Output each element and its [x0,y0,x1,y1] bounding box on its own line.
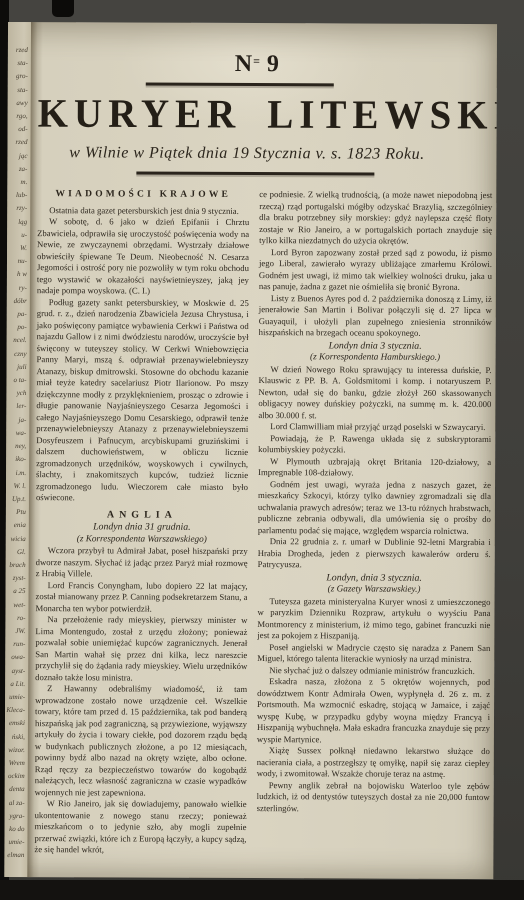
issue-mark: = [253,54,260,68]
margin-fragment: Ptu [6,506,29,519]
margin-fragment: ayst- [5,664,28,677]
margin-fragment: czny [7,348,30,361]
paragraph: W sobotę, d. 6 jako w dzień Epifanii i C… [37,216,249,297]
margin-fragment: awy [8,97,31,110]
article-source: (z Gazety Warszawskiey.) [258,583,491,596]
article-dateline: Londyn dnia 31 grudnia. [36,521,248,533]
margin-fragment: enia [6,519,29,532]
column-right: ce podniesie. Z wielką trudnością, (a mo… [256,189,492,858]
paragraph: Tuteysza gazeta ministeryalna Kuryer wno… [257,596,490,643]
paragraph-continuation: ce podniesie. Z wielką trudnością, (a mo… [259,189,492,248]
margin-fragment: ro- [5,612,28,625]
margin-fragment: rzed [8,44,31,57]
paragraph: Poseł angielski w Madrycie często się na… [257,642,490,666]
title-word-1: KURYER [38,91,242,137]
margin-fragment: W. [7,242,30,255]
paragraph: Nie słychać już o dalszey odmianie minis… [257,665,490,678]
margin-fragment: W. l. [6,480,29,493]
margin-fragment: ląg [7,216,30,229]
scan-bottom-band [0,880,524,900]
paragraph: Eskadra nasza, złożona z 5 okrętów wojen… [257,676,490,746]
country-header: ANGLIA [36,509,248,521]
margin-fragment: Kleca- [5,704,28,717]
paragraph: W Plymouth uzbrajają okręt Britania 120-… [258,456,491,480]
paragraph: Wczora przybył tu Admirał Jabat, poseł h… [36,545,248,580]
margin-fragment: ja- [6,414,29,427]
paragraph: Dnia 22 grudnia z. r. umarł w Dublinie 9… [258,536,491,572]
margin-fragment: ry- [7,282,30,295]
title-word-2: LITEWSKI [267,92,497,138]
margin-fragment: wicia [6,532,29,545]
article-dateline: Londyn dnia 3 stycznia. [259,340,492,353]
margin-fragment: po- [7,321,30,334]
margin-fragment: ney, [6,440,29,453]
margin-fragment: emski [5,717,28,730]
paragraph: Lord Clamwilliam miał przyjąć urząd pose… [258,421,491,434]
paragraph: Z Hawanny odebraliśmy wiadomość, iż tam … [35,683,247,799]
paragraph: Listy z Buenos Ayres pod d. 2 październi… [259,293,492,340]
margin-fragment: Up.t. [6,493,29,506]
margin-fragment: ko do [4,823,27,836]
column-left: WIADOMOŚCI KRAJOWEOstatnia data gazet pe… [34,188,249,856]
margin-fragment: ler- [6,400,29,413]
margin-fragment: za- [7,163,30,176]
margin-fragment: ygra- [5,810,28,823]
margin-fragment: run- [5,638,28,651]
margin-fragment: gro- [8,70,31,83]
newspaper-title: KURYERLITEWSKI [38,90,493,139]
margin-fragment: Gl. [6,546,29,559]
paragraph: W dzień Nowego Roku sprawujący tu intere… [258,364,491,423]
margin-fragment: u- [7,229,30,242]
margin-fragment: wet- [5,598,28,611]
section-header: WIADOMOŚCI KRAJOWE [37,189,249,201]
margin-fragment: sta- [8,57,31,70]
margin-fragment: umie- [4,836,27,849]
paragraph: Podług gazety sankt petersburskiey, w Mo… [36,297,249,505]
paragraph: Ostatnia data gazet petersburskich jest … [37,205,249,217]
margin-fragment: nu- [7,255,30,268]
margin-fragment: brach [6,559,29,572]
margin-fragment: i.m. [6,466,29,479]
margin-fragment: m. [7,176,30,189]
paragraph: W Rio Janeiro, jak się dowiadujemy, pano… [34,798,246,856]
issue-prefix: N [235,51,253,77]
margin-fragment: Wrem [5,757,28,770]
margin-fragment: rzy- [7,202,30,215]
margin-fragment: wizor. [5,744,28,757]
margin-fragment: dóbr [7,295,30,308]
margin-fragment: h w [7,268,30,281]
paragraph: Lord Francis Conyngham, lubo dopiero 22 … [35,580,247,615]
article-source: (z Korrespondenta Warszawskiego) [36,533,248,545]
margin-fragment: umie- [5,691,28,704]
margin-fragment: juli [7,361,30,374]
margin-fragment: pa- [7,308,30,321]
margin-fragment: lub- [7,189,30,202]
paragraph: Pewny anglik zebrał na bojowisku Waterlo… [257,780,490,816]
masthead-rule-top [145,83,333,87]
margin-fragment: ockim [5,770,28,783]
masthead-rule-bottom [136,172,374,176]
margin-fragment: a Lit. [5,678,28,691]
margin-fragment: ych [6,387,29,400]
paragraph: Xiążę Sussex połknął niedawno lekarstwo … [257,745,490,781]
margin-fragment: denta [5,783,28,796]
issue-number: N= 9 [30,50,485,79]
text-columns: WIADOMOŚCI KRAJOWEOstatnia data gazet pe… [34,188,492,857]
margin-fragment: elman [4,849,27,862]
margin-fragment: JW. [5,625,28,638]
article-dateline: Londyn, dnia 3 stycznia. [258,572,491,585]
spine-clamp [52,0,74,17]
issue-digit: 9 [267,51,280,77]
paragraph: Lord Byron zapozwany został przed sąd z … [259,247,492,294]
masthead-dateline: w Wilnie w Piątek dnia 19 Stycznia v. s.… [19,144,474,164]
margin-fragment: iko- [6,453,29,466]
margin-fragment: rgo, [8,110,31,123]
article-source: (z Korrespondenta Hamburskiego.) [259,351,492,364]
paragraph: Powiadają, że P. Rawenga układa się z su… [258,433,491,457]
margin-fragment: od- [8,123,31,136]
paragraph: Na przełożenie rady mieyskiey, pierwszy … [35,614,247,684]
paragraph: Godném jest uwagi, wyraża jedna z naszyc… [258,479,491,538]
scan-background: rzedsta-gro-sta-awyrgo,od-rzedjącza-m.lu… [0,0,524,900]
margin-fragment: zyst- [6,572,29,585]
margin-fragment: sta- [8,84,31,97]
margin-fragment: wa- [6,427,29,440]
margin-fragment: a 25 [6,585,29,598]
margin-fragment: owa- [5,651,28,664]
margin-fragment: ncel. [7,334,30,347]
margin-fragment: al za- [5,797,28,810]
margin-fragment: o ta- [6,374,29,387]
margin-fragment: ński, [5,731,28,744]
page-content: N= 9 KURYERLITEWSKI w Wilnie w Piątek dn… [30,22,495,879]
newspaper-page: rzedsta-gro-sta-awyrgo,od-rzedjącza-m.lu… [4,22,497,879]
